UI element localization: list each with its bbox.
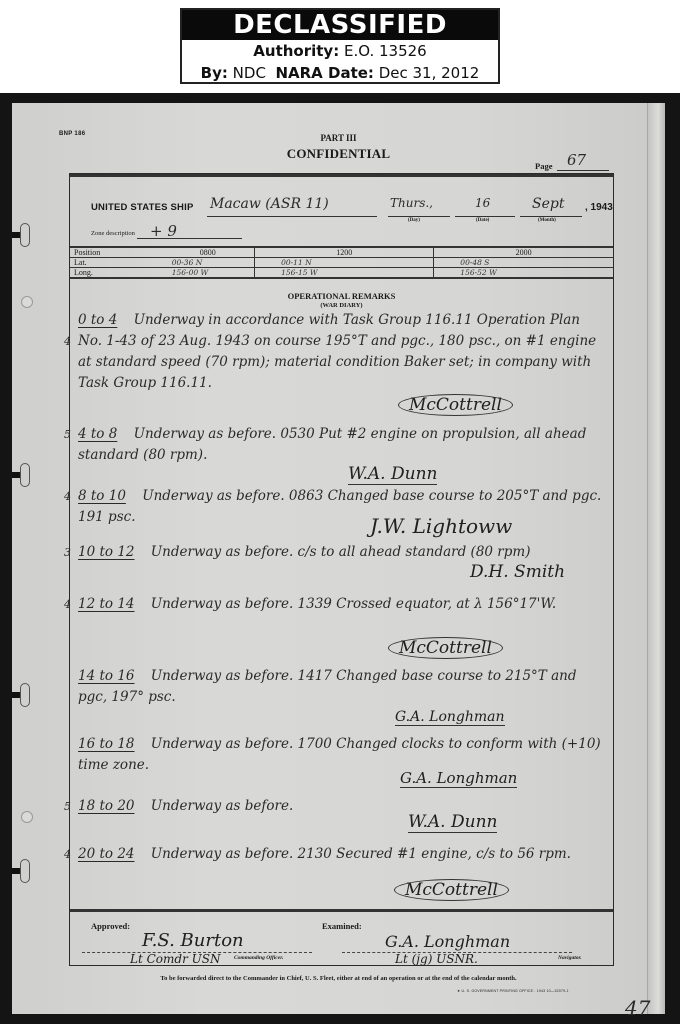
signature: W.A. Dunn (348, 464, 437, 485)
binder-clip-icon (12, 692, 20, 698)
margin-number: 5 (64, 796, 71, 817)
stamp-title: DECLASSIFIED (182, 10, 498, 40)
margin-number: 4 (64, 331, 71, 352)
approved-rank: Lt Comdr USN (130, 952, 220, 966)
watch-period: 16 to 18 (78, 736, 135, 752)
ship-name: Macaw (ASR 11) (210, 196, 329, 212)
margin-number: 4 (64, 486, 71, 507)
date-value: 16 (475, 196, 490, 210)
document-page: BNP 186 PART III CONFIDENTIAL Page 67 UN… (12, 103, 665, 1014)
date-underline (455, 216, 515, 217)
authority-label: Authority: (253, 42, 339, 60)
long-0800: 156-00 W (168, 268, 255, 279)
position-header: Position (70, 247, 168, 258)
approved-signature: F.S. Burton (142, 930, 244, 951)
diary-entry: 3 10 to 12 Underway as before. c/s to al… (78, 542, 608, 563)
margin-number: 4 (64, 844, 71, 865)
nara-date-value: Dec 31, 2012 (379, 64, 480, 82)
long-2000: 156-52 W (434, 268, 613, 279)
diary-entry: 4 8 to 10 Underway as before. 0863 Chang… (78, 486, 608, 528)
signature: G.A. Longhman (400, 769, 517, 788)
binder-clip-icon (12, 232, 20, 238)
stamp-by: By: NDC NARA Date: Dec 31, 2012 (182, 62, 498, 84)
binder-ring-icon (20, 683, 30, 707)
war-diary-form: UNITED STATES SHIP Macaw (ASR 11) Thurs.… (69, 173, 614, 966)
authority-value: E.O. 13526 (344, 42, 427, 60)
watch-period: 14 to 16 (78, 668, 135, 684)
month-caption: (Month) (538, 218, 556, 223)
remarks-title: OPERATIONAL REMARKS (70, 291, 613, 301)
entry-text: Underway as before. 1417 Changed base co… (78, 668, 577, 705)
page-underline (557, 170, 609, 171)
remarks-subtitle: (WAR DIARY) (70, 302, 613, 309)
longitude-row: Long. 156-00 W 156-15 W 156-52 W (70, 268, 613, 279)
ship-underline (207, 216, 377, 217)
diary-entry: 4 0 to 4 Underway in accordance with Tas… (78, 310, 608, 394)
binder-clip-icon (12, 868, 20, 874)
forwarding-instruction: To be forwarded direct to the Commander … (12, 975, 665, 982)
long-label: Long. (70, 268, 168, 279)
position-table: Position 0800 1200 2000 Lat. 00-36 N 00-… (70, 246, 613, 279)
by-value: NDC (233, 64, 266, 82)
examined-signature: G.A. Longhman (385, 932, 510, 951)
ship-label: UNITED STATES SHIP (91, 202, 193, 213)
entry-text: Underway as before. c/s to all ahead sta… (151, 544, 531, 560)
form-top-rule (70, 174, 613, 177)
entry-text: Underway as before. 1339 Crossed equator… (151, 596, 556, 612)
by-label: By: (201, 64, 228, 82)
latitude-row: Lat. 00-36 N 00-11 N 00-48 S (70, 258, 613, 268)
signature: G.A. Longhman (395, 709, 505, 726)
entry-text: Underway as before. 2130 Secured #1 engi… (151, 846, 571, 862)
lat-1200: 00-11 N (255, 258, 434, 268)
month-value: Sept (532, 196, 564, 212)
time-1200-header: 1200 (255, 247, 434, 258)
watch-period: 0 to 4 (78, 312, 117, 328)
zone-label: Zone description (91, 230, 135, 237)
page-number: 67 (567, 151, 586, 169)
entry-text: Underway as before. 1700 Changed clocks … (78, 736, 601, 773)
entry-text: Underway as before. 0530 Put #2 engine o… (78, 426, 586, 463)
approved-label: Approved: (91, 921, 130, 931)
binder-ring-icon (20, 463, 30, 487)
approval-block: Approved: F.S. Burton Lt Comdr USN Comma… (70, 909, 613, 967)
diary-entry: 4 12 to 14 Underway as before. 1339 Cros… (78, 594, 608, 615)
commanding-officer-label: Commanding Officer. (234, 955, 283, 961)
watch-period: 10 to 12 (78, 544, 135, 560)
time-2000-header: 2000 (434, 247, 613, 258)
binder-clip-icon (12, 472, 20, 478)
lat-2000: 00-48 S (434, 258, 613, 268)
navigator-label: Navigator. (558, 955, 582, 961)
entry-text: Underway as before. 0863 Changed base co… (78, 488, 601, 525)
binder-ring-icon (20, 859, 30, 883)
watch-period: 20 to 24 (78, 846, 135, 862)
printing-office-line: ★ U. S. GOVERNMENT PRINTING OFFICE : 194… (457, 989, 569, 993)
signature: McCottrell (394, 879, 509, 901)
day-value: Thurs., (390, 196, 433, 210)
page-edge (647, 103, 665, 1014)
month-underline (520, 216, 582, 217)
time-0800-header: 0800 (168, 247, 255, 258)
lat-label: Lat. (70, 258, 168, 268)
part-heading: PART III (12, 133, 665, 143)
signature: McCottrell (398, 394, 513, 416)
watch-period: 12 to 14 (78, 596, 135, 612)
day-underline (388, 216, 450, 217)
diary-entry: 16 to 18 Underway as before. 1700 Change… (78, 734, 608, 776)
diary-entry: 14 to 16 Underway as before. 1417 Change… (78, 666, 608, 708)
nara-date-label: NARA Date: (275, 64, 373, 82)
lat-0800: 00-36 N (168, 258, 255, 268)
declassified-stamp: DECLASSIFIED Authority: E.O. 13526 By: N… (180, 8, 500, 84)
examined-label: Examined: (322, 921, 362, 931)
entry-text: Underway in accordance with Task Group 1… (78, 312, 596, 391)
binder-ring-icon (20, 223, 30, 247)
signature: D.H. Smith (470, 562, 565, 582)
diary-entry: 4 20 to 24 Underway as before. 2130 Secu… (78, 844, 608, 865)
watch-period: 4 to 8 (78, 426, 117, 442)
date-caption: (Date) (476, 218, 489, 223)
watch-period: 8 to 10 (78, 488, 126, 504)
signature: J.W. Lightoww (370, 514, 512, 538)
year-value: , 1943 (585, 202, 613, 213)
punch-hole-icon (21, 296, 33, 308)
page-label: Page (535, 161, 552, 171)
margin-number: 4 (64, 594, 71, 615)
diary-entry: 5 18 to 20 Underway as before. (78, 796, 608, 817)
position-header-row: Position 0800 1200 2000 (70, 247, 613, 258)
margin-number: 3 (64, 542, 71, 563)
stamp-authority: Authority: E.O. 13526 (182, 40, 498, 62)
day-caption: (Day) (408, 218, 420, 223)
watch-period: 18 to 20 (78, 798, 135, 814)
sheet-number: 47 (625, 996, 650, 1020)
signature: McCottrell (388, 637, 503, 659)
signature: W.A. Dunn (408, 812, 497, 833)
zone-value: + 9 (150, 222, 177, 240)
scan-frame: BNP 186 PART III CONFIDENTIAL Page 67 UN… (0, 93, 680, 1024)
punch-hole-icon (21, 811, 33, 823)
margin-number: 5 (64, 424, 71, 445)
entry-text: Underway as before. (151, 798, 293, 814)
long-1200: 156-15 W (255, 268, 434, 279)
examined-rank: Lt (jg) USNR. (395, 952, 478, 966)
diary-entry: 5 4 to 8 Underway as before. 0530 Put #2… (78, 424, 608, 466)
